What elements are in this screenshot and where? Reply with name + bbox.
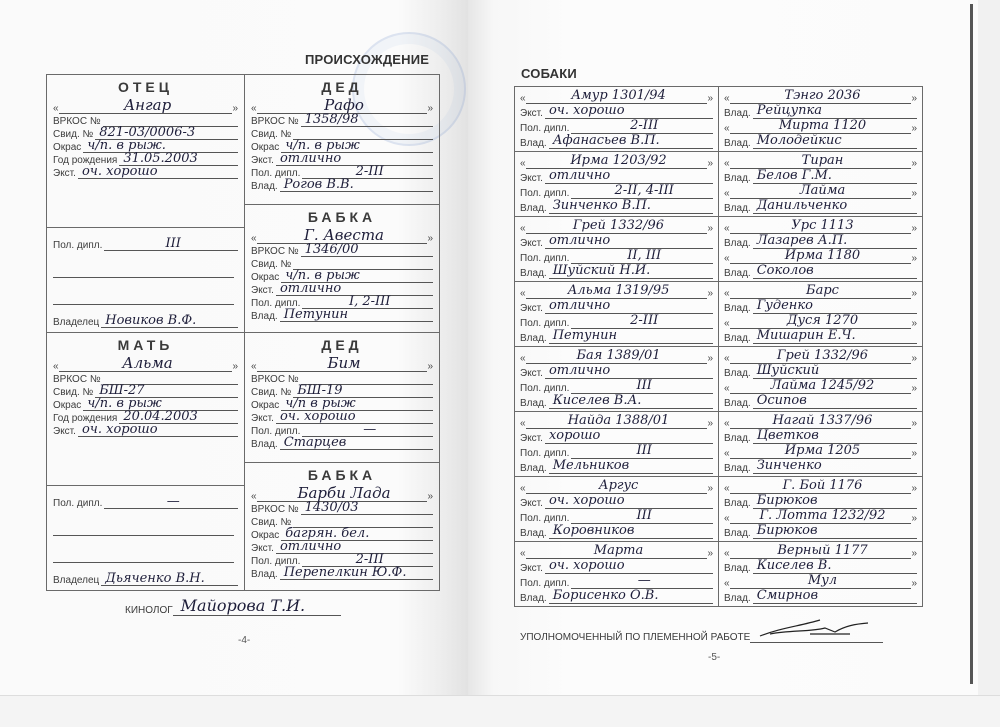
dog-pol-dipl: —	[571, 574, 713, 589]
quote: »	[911, 253, 917, 264]
pgm-okras: ч/п. в рыж	[281, 269, 433, 283]
label-owner: Владелец	[53, 575, 99, 586]
dog-name: Верный 1177	[730, 544, 912, 559]
dog-owner: Бирюков	[753, 524, 917, 539]
pedigree-table: ОТЕЦ «Ангар» ВРКОС № Свид. №821-03/0006-…	[46, 74, 440, 591]
field-label: Влад.	[520, 268, 547, 279]
field-label: Влад.	[724, 528, 751, 539]
field-label: Пол. дипл.	[520, 513, 569, 524]
dog-pair-entry: «Г. Бой 1176»Влад.Бирюков«Г. Лотта 1232/…	[719, 477, 923, 542]
field-label: Экст.	[520, 433, 543, 444]
label-pol-dipl: Пол. дипл.	[53, 240, 102, 251]
quote: »	[707, 93, 713, 104]
signature-icon	[750, 618, 875, 640]
dog-ekst: отлично	[545, 299, 713, 314]
pgf-vrkos: 1358/98	[301, 113, 433, 127]
dog-name: Бая 1389/01	[526, 349, 708, 364]
maternal-grandmother-cell: БАБКА «Барби Лада» ВРКОС №1430/03 Свид. …	[245, 463, 440, 591]
dogs-table: «Амур 1301/94»Экст.оч. хорошоПол. дипл.2…	[514, 86, 923, 607]
table-row: «Бая 1389/01»Экст.отличноПол. дипл.IIIВл…	[515, 347, 923, 412]
dog-ekst: оч. хорошо	[545, 104, 713, 119]
field-label: Влад.	[724, 268, 751, 279]
label-vrkos: ВРКОС №	[251, 246, 299, 257]
quote: »	[707, 353, 713, 364]
field-label: Пол. дипл.	[520, 188, 569, 199]
quote: »	[911, 158, 917, 169]
table-row: «Амур 1301/94»Экст.оч. хорошоПол. дипл.2…	[515, 87, 923, 152]
pgm-pol-dipl: I, 2-III	[302, 295, 433, 309]
page-number-right: -5-	[708, 652, 720, 663]
paternal-grandmother-cell: БАБКА «Г. Авеста» ВРКОС №1346/00 Свид. №…	[245, 205, 440, 333]
pgf-okras: ч/п. в рыж	[281, 139, 433, 153]
dog-name: Ирма 1205	[730, 444, 912, 459]
quote: »	[707, 223, 713, 234]
field-label: Влад.	[724, 333, 751, 344]
field-label: Экст.	[520, 498, 543, 509]
dog-ekst: оч. хорошо	[545, 494, 713, 509]
quote: »	[911, 288, 917, 299]
mother-vrkos	[103, 371, 238, 385]
field-label: Влад.	[724, 398, 751, 409]
table-row: «Найда 1388/01»Экст.хорошоПол. дипл.IIIВ…	[515, 412, 923, 477]
label-vlad: Влад.	[251, 569, 278, 580]
dog-entry: «Ирма 1203/92»Экст.отличноПол. дипл.2-II…	[515, 152, 719, 217]
dog-owner: Шуйский Н.И.	[549, 264, 713, 279]
table-row: «Альма 1319/95»Экст.отличноПол. дипл.2-I…	[515, 282, 923, 347]
father-svid: 821-03/0006-3	[95, 126, 238, 140]
field-label: Экст.	[520, 108, 543, 119]
dog-owner: Рейцупка	[753, 104, 917, 119]
mother-okras: ч/п. в рыж	[83, 397, 238, 411]
mother-pol-dipl: —	[104, 495, 238, 509]
dog-ekst: отлично	[545, 364, 713, 379]
field-label: Пол. дипл.	[520, 253, 569, 264]
field-label: Влад.	[724, 498, 751, 509]
mgm-vrkos: 1430/03	[301, 501, 433, 515]
field-label: Влад.	[520, 398, 547, 409]
field-label: Влад.	[724, 173, 751, 184]
dog-pol-dipl: III	[571, 509, 713, 524]
mgf-vrkos	[301, 371, 433, 385]
quote: »	[911, 318, 917, 329]
dog-name: Марта	[526, 544, 708, 559]
dog-owner: Гуденко	[753, 299, 917, 314]
table-row: «Ирма 1203/92»Экст.отличноПол. дипл.2-II…	[515, 152, 923, 217]
dog-name: Мирта 1120	[730, 119, 912, 134]
label-vrkos: ВРКОС №	[53, 374, 101, 385]
mother-title: МАТЬ	[53, 337, 238, 353]
label-vrkos: ВРКОС №	[251, 374, 299, 385]
dog-entry: «Альма 1319/95»Экст.отличноПол. дипл.2-I…	[515, 282, 719, 347]
field-label: Влад.	[724, 463, 751, 474]
quote: »	[911, 418, 917, 429]
dog-owner: Афанасьев В.П.	[549, 134, 713, 149]
table-row: «Марта»Экст.оч. хорошоПол. дипл.—Влад.Бо…	[515, 542, 923, 607]
field-label: Пол. дипл.	[520, 318, 569, 329]
quote: »	[911, 578, 917, 589]
dog-name: Тиран	[730, 154, 912, 169]
field-label: Влад.	[520, 203, 547, 214]
pgf-svid	[293, 126, 433, 140]
dog-owner: Мельников	[549, 459, 713, 474]
quote: »	[911, 353, 917, 364]
field-label: Пол. дипл.	[520, 448, 569, 459]
quote: »	[707, 548, 713, 559]
father-okras: ч/п. в рыж.	[83, 139, 238, 153]
quote: »	[911, 93, 917, 104]
mgf-okras: ч/п в рыж	[281, 397, 433, 411]
field-label: Влад.	[520, 333, 547, 344]
authorized-label: УПОЛНОМОЧЕННЫЙ ПО ПЛЕМЕННОЙ РАБОТЕ	[520, 632, 750, 643]
mgm-svid	[293, 514, 433, 528]
father-birth: 31.05.2003	[119, 152, 238, 166]
field-label: Экст.	[520, 563, 543, 574]
dog-pol-dipl: 2-II, 4-III	[571, 184, 713, 199]
dog-pol-dipl: II, III	[571, 249, 713, 264]
label-ekst: Экст.	[251, 543, 274, 554]
pgf-vlad: Рогов В.В.	[280, 178, 433, 192]
pgf-ekst: отлично	[276, 152, 433, 166]
mgm-pol-dipl: 2-III	[302, 553, 433, 567]
dog-owner: Борисенко О.В.	[549, 589, 713, 604]
label-vlad: Влад.	[251, 181, 278, 192]
dog-entry: «Амур 1301/94»Экст.оч. хорошоПол. дипл.2…	[515, 87, 719, 152]
label-ekst: Экст.	[53, 426, 76, 437]
father-cell: ОТЕЦ «Ангар» ВРКОС № Свид. №821-03/0006-…	[47, 75, 245, 333]
field-label: Пол. дипл.	[520, 123, 569, 134]
quote: »	[911, 188, 917, 199]
dog-name: Лайма 1245/92	[730, 379, 912, 394]
father-pol-dipl: III	[104, 237, 238, 251]
field-label: Пол. дипл.	[520, 578, 569, 589]
dog-pol-dipl: III	[571, 444, 713, 459]
field-label: Влад.	[724, 303, 751, 314]
mgm-vlad: Перепелкин Ю.Ф.	[280, 566, 433, 580]
grandfather-title: ДЕД	[251, 79, 433, 95]
cynologist-label: КИНОЛОГ	[125, 605, 173, 616]
cynologist-line: КИНОЛОГ Майорова Т.И.	[125, 596, 341, 616]
label-ekst: Экст.	[53, 168, 76, 179]
dog-pair-entry: «Верный 1177»Влад.Киселев В.«Мул»Влад.См…	[719, 542, 923, 607]
dog-name: Нагай 1337/96	[730, 414, 912, 429]
maternal-grandfather-cell: ДЕД «Бим» ВРКОС № Свид. №БШ-19 Окрасч/п …	[245, 333, 440, 463]
dog-ekst: оч. хорошо	[545, 559, 713, 574]
father-vrkos	[103, 113, 238, 127]
table-row: «Аргус»Экст.оч. хорошоПол. дипл.IIIВлад.…	[515, 477, 923, 542]
father-owner: Новиков В.Ф.	[101, 314, 238, 328]
label-vlad: Влад.	[251, 311, 278, 322]
dog-ekst: хорошо	[545, 429, 713, 444]
field-label: Влад.	[724, 203, 751, 214]
field-label: Экст.	[520, 303, 543, 314]
quote: »	[707, 483, 713, 494]
mgf-ekst: оч. хорошо	[276, 410, 433, 424]
dog-name: Грей 1332/96	[730, 349, 912, 364]
quote: »	[911, 548, 917, 559]
dog-name: Найда 1388/01	[526, 414, 708, 429]
pgm-ekst: отлично	[276, 282, 433, 296]
dog-name: Ирма 1180	[730, 249, 912, 264]
page-number-left: -4-	[238, 635, 250, 646]
label-okras: Окрас	[53, 142, 81, 153]
dog-owner: Мишарин Е.Ч.	[753, 329, 917, 344]
dog-pair-entry: «Нагай 1337/96»Влад.Цветков«Ирма 1205»Вл…	[719, 412, 923, 477]
dog-pol-dipl: III	[571, 379, 713, 394]
dog-entry: «Бая 1389/01»Экст.отличноПол. дипл.IIIВл…	[515, 347, 719, 412]
dog-name: Аргус	[526, 479, 708, 494]
dog-entry: «Найда 1388/01»Экст.хорошоПол. дипл.IIIВ…	[515, 412, 719, 477]
dog-ekst: отлично	[545, 234, 713, 249]
quote: »	[707, 288, 713, 299]
field-label: Влад.	[520, 138, 547, 149]
label-ekst: Экст.	[251, 285, 274, 296]
dog-owner: Данильченко	[753, 199, 917, 214]
pgm-vrkos: 1346/00	[301, 243, 433, 257]
quote: »	[911, 483, 917, 494]
field-label: Влад.	[520, 463, 547, 474]
field-label: Пол. дипл.	[520, 383, 569, 394]
mother-owner: Дьяченко В.Н.	[101, 572, 238, 586]
dog-name: Амур 1301/94	[526, 89, 708, 104]
dog-name: Мул	[730, 574, 912, 589]
pgm-svid	[293, 256, 433, 270]
dog-owner: Смирнов	[753, 589, 917, 604]
page-title-origin: ПРОИСХОЖДЕНИЕ	[305, 52, 429, 67]
grandmother-title: БАБКА	[251, 467, 433, 483]
mother-svid: БШ-27	[95, 384, 238, 398]
label-pol-dipl: Пол. дипл.	[53, 498, 102, 509]
grandmother-title: БАБКА	[251, 209, 433, 225]
dog-pair-entry: «Барс»Влад.Гуденко«Дуся 1270»Влад.Мишари…	[719, 282, 923, 347]
mgm-okras: багрян. бел.	[281, 527, 433, 541]
field-label: Влад.	[724, 593, 751, 604]
dog-pol-dipl: 2-III	[571, 119, 713, 134]
field-label: Влад.	[520, 593, 547, 604]
quote: »	[911, 383, 917, 394]
label-vlad: Влад.	[251, 439, 278, 450]
dog-owner: Киселев В.	[753, 559, 917, 574]
mgf-svid: БШ-19	[293, 384, 433, 398]
mother-birth: 20.04.2003	[119, 410, 238, 424]
authorized-line: УПОЛНОМОЧЕННЫЙ ПО ПЛЕМЕННОЙ РАБОТЕ	[520, 628, 883, 643]
dog-name: Лайма	[730, 184, 912, 199]
field-label: Влад.	[724, 433, 751, 444]
field-label: Влад.	[520, 528, 547, 539]
dog-owner: Белов Г.М.	[753, 169, 917, 184]
field-label: Влад.	[724, 138, 751, 149]
dog-entry: «Марта»Экст.оч. хорошоПол. дипл.—Влад.Бо…	[515, 542, 719, 607]
dog-name: Альма 1319/95	[526, 284, 708, 299]
dog-owner: Коровников	[549, 524, 713, 539]
pgf-name: Рафо	[257, 98, 428, 114]
dog-owner: Зинченко	[753, 459, 917, 474]
mgf-pol-dipl: —	[302, 423, 433, 437]
label-vrkos: ВРКОС №	[251, 504, 299, 515]
paternal-grandfather-cell: ДЕД «Рафо» ВРКОС №1358/98 Свид. № Окрасч…	[245, 75, 440, 205]
cynologist-signature: Майорова Т.И.	[173, 596, 341, 616]
quote: »	[911, 448, 917, 459]
field-label: Влад.	[724, 238, 751, 249]
quote: »	[911, 513, 917, 524]
table-row: «Грей 1332/96»Экст.отличноПол. дипл.II, …	[515, 217, 923, 282]
dog-name: Барс	[730, 284, 912, 299]
field-label: Экст.	[520, 368, 543, 379]
dog-owner: Цветков	[753, 429, 917, 444]
dog-name: Дуся 1270	[730, 314, 912, 329]
scan-background	[0, 695, 1000, 727]
dog-pair-entry: «Урс 1113»Влад.Лазарев А.П.«Ирма 1180»Вл…	[719, 217, 923, 282]
field-label: Влад.	[724, 368, 751, 379]
field-label: Влад.	[724, 108, 751, 119]
dog-owner: Бирюков	[753, 494, 917, 509]
dog-entry: «Аргус»Экст.оч. хорошоПол. дипл.IIIВлад.…	[515, 477, 719, 542]
father-name: Ангар	[59, 98, 233, 114]
dog-name: Грей 1332/96	[526, 219, 708, 234]
pgm-vlad: Петунин	[280, 308, 433, 322]
mgf-vlad: Старцев	[280, 436, 433, 450]
label-vrkos: ВРКОС №	[53, 116, 101, 127]
dog-owner: Шуйский	[753, 364, 917, 379]
field-label: Экст.	[520, 238, 543, 249]
page-title-dogs: СОБАКИ	[521, 66, 577, 81]
dog-owner: Лазарев А.П.	[753, 234, 917, 249]
dog-name: Ирма 1203/92	[526, 154, 708, 169]
field-label: Экст.	[520, 173, 543, 184]
pgm-name: Г. Авеста	[257, 228, 428, 244]
dog-owner: Зинченко В.П.	[549, 199, 713, 214]
dog-pair-entry: «Тэнго 2036»Влад.Рейцупка«Мирта 1120»Вла…	[719, 87, 923, 152]
quote: »	[911, 123, 917, 134]
dog-pair-entry: «Тиран»Влад.Белов Г.М.«Лайма»Влад.Даниль…	[719, 152, 923, 217]
pgf-pol-dipl: 2-III	[302, 165, 433, 179]
quote: »	[707, 158, 713, 169]
authorized-signature	[750, 628, 883, 643]
label-ekst: Экст.	[251, 413, 274, 424]
label-ekst: Экст.	[251, 155, 274, 166]
dog-owner: Осипов	[753, 394, 917, 409]
dog-name: Г. Бой 1176	[730, 479, 912, 494]
grandfather-title: ДЕД	[251, 337, 433, 353]
mgf-name: Бим	[257, 356, 428, 372]
mother-ekst: оч. хорошо	[78, 423, 238, 437]
dog-name: Тэнго 2036	[730, 89, 912, 104]
label-okras: Окрас	[53, 400, 81, 411]
dog-entry: «Грей 1332/96»Экст.отличноПол. дипл.II, …	[515, 217, 719, 282]
father-title: ОТЕЦ	[53, 79, 238, 95]
dog-name: Г. Лотта 1232/92	[730, 509, 912, 524]
father-ekst: оч. хорошо	[78, 165, 238, 179]
dog-pair-entry: «Грей 1332/96»Влад.Шуйский«Лайма 1245/92…	[719, 347, 923, 412]
mgm-ekst: отлично	[276, 540, 433, 554]
quote: »	[707, 418, 713, 429]
label-owner: Владелец	[53, 317, 99, 328]
dog-owner: Молодейкис	[753, 134, 917, 149]
mother-name: Альма	[59, 356, 233, 372]
dog-owner: Киселев В.А.	[549, 394, 713, 409]
field-label: Влад.	[724, 563, 751, 574]
dog-owner: Петунин	[549, 329, 713, 344]
dog-name: Урс 1113	[730, 219, 912, 234]
label-vrkos: ВРКОС №	[251, 116, 299, 127]
page-edge	[970, 4, 973, 684]
dog-ekst: отлично	[545, 169, 713, 184]
dog-owner: Соколов	[753, 264, 917, 279]
mother-cell: МАТЬ «Альма» ВРКОС № Свид. №БШ-27 Окрасч…	[47, 333, 245, 591]
quote: »	[911, 223, 917, 234]
dog-pol-dipl: 2-III	[571, 314, 713, 329]
mgm-name: Барби Лада	[257, 486, 428, 502]
